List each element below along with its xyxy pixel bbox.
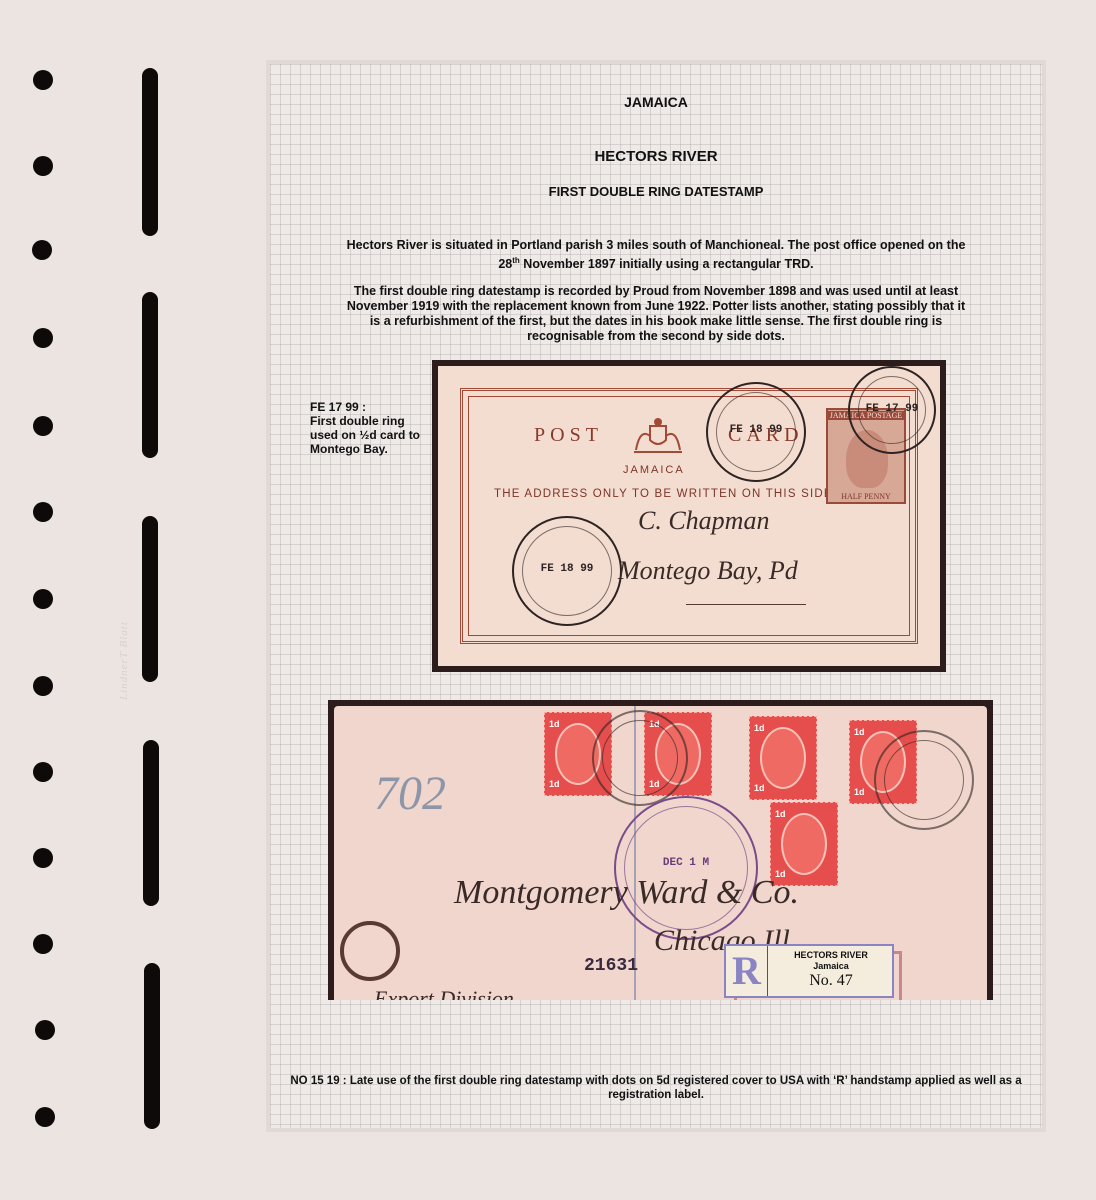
binder-hole <box>33 502 53 522</box>
postcard-caption: FE 17 99 : First double ring used on ½d … <box>310 400 430 456</box>
address-line-1: Montgomery Ward & Co. <box>454 874 799 912</box>
subtitle-heading: FIRST DOUBLE RING DATESTAMP <box>270 184 1042 199</box>
reg-label-letter: R <box>726 946 768 996</box>
binder-hole <box>35 1020 55 1040</box>
imprint-value: HALF PENNY <box>828 492 904 501</box>
place-heading: HECTORS RIVER <box>270 148 1042 165</box>
postcard-mount: POST CARD JAMAICA THE ADDRESS ONLY TO BE… <box>432 360 946 672</box>
registration-number: 21631 <box>584 956 638 976</box>
address-name: C. Chapman <box>638 506 769 536</box>
country-heading: JAMAICA <box>270 94 1042 110</box>
reg-label-office: HECTORS RIVER <box>770 950 892 960</box>
binder-hole <box>33 676 53 696</box>
address-town: Montego Bay, Pd <box>618 556 798 586</box>
reg-label-country: Jamaica <box>770 961 892 971</box>
cover-caption: NO 15 19 : Late use of the first double … <box>270 1074 1042 1102</box>
binder-hole <box>33 589 53 609</box>
postmark-hectors-river <box>592 710 688 806</box>
postcard: POST CARD JAMAICA THE ADDRESS ONLY TO BE… <box>438 366 940 666</box>
postcard-caption-text: First double ring used on ½d card to Mon… <box>310 414 430 456</box>
binder-hole <box>35 1107 55 1127</box>
address-line-3: Export Division <box>374 986 514 1000</box>
postmark-date: FE 18 99 <box>514 563 620 575</box>
cover-mount: 702 1d1d 1d1d 1d1d 1d1d 1d1d DEC 1 M Mon… <box>328 700 993 1000</box>
address-underline <box>686 604 806 605</box>
binder-hole <box>33 934 53 954</box>
coat-of-arms-icon <box>628 416 688 456</box>
binder-slot <box>144 963 160 1129</box>
binder-slot <box>143 740 159 906</box>
binder-hole <box>33 762 53 782</box>
binder-slot <box>142 292 158 458</box>
postmark-date: FE 17 99 <box>850 403 934 415</box>
intro-paragraph: Hectors River is situated in Portland pa… <box>270 238 1042 272</box>
binder-hole <box>33 328 53 348</box>
address-instruction: THE ADDRESS ONLY TO BE WRITTEN ON THIS S… <box>494 488 837 500</box>
binder-hole <box>33 416 53 436</box>
receiving-date: DEC 1 M <box>616 857 756 869</box>
binder-watermark: LindnerT Blatt <box>118 500 148 700</box>
r-handstamp <box>340 921 400 981</box>
postmark-date: FE 18 99 <box>708 424 804 436</box>
postcard-post-word: POST <box>534 424 603 447</box>
postmark-montego-bay: FE 18 99 <box>706 382 806 482</box>
postcard-country: JAMAICA <box>623 464 685 476</box>
registration-label: R HECTORS RIVER Jamaica No. 47 <box>724 944 894 998</box>
binder-hole <box>33 156 53 176</box>
postmark-hectors-river: FE 17 99 <box>848 366 936 454</box>
postmark-kingston: FE 18 99 <box>512 516 622 626</box>
registered-cover: 702 1d1d 1d1d 1d1d 1d1d 1d1d DEC 1 M Mon… <box>334 706 987 1000</box>
receiving-postmark-chicago: DEC 1 M <box>614 796 758 940</box>
postmark-hectors-river <box>874 730 974 830</box>
binder-slot <box>142 68 158 236</box>
binder-hole <box>33 848 53 868</box>
binder-hole <box>32 240 52 260</box>
postcard-caption-date: FE 17 99 : <box>310 400 430 414</box>
history-paragraph: The first double ring datestamp is recor… <box>270 284 1042 344</box>
pencil-note: 702 <box>374 766 446 821</box>
reg-label-number: No. 47 <box>770 972 892 990</box>
binder-hole <box>33 70 53 90</box>
stamp: 1d1d <box>749 716 817 800</box>
